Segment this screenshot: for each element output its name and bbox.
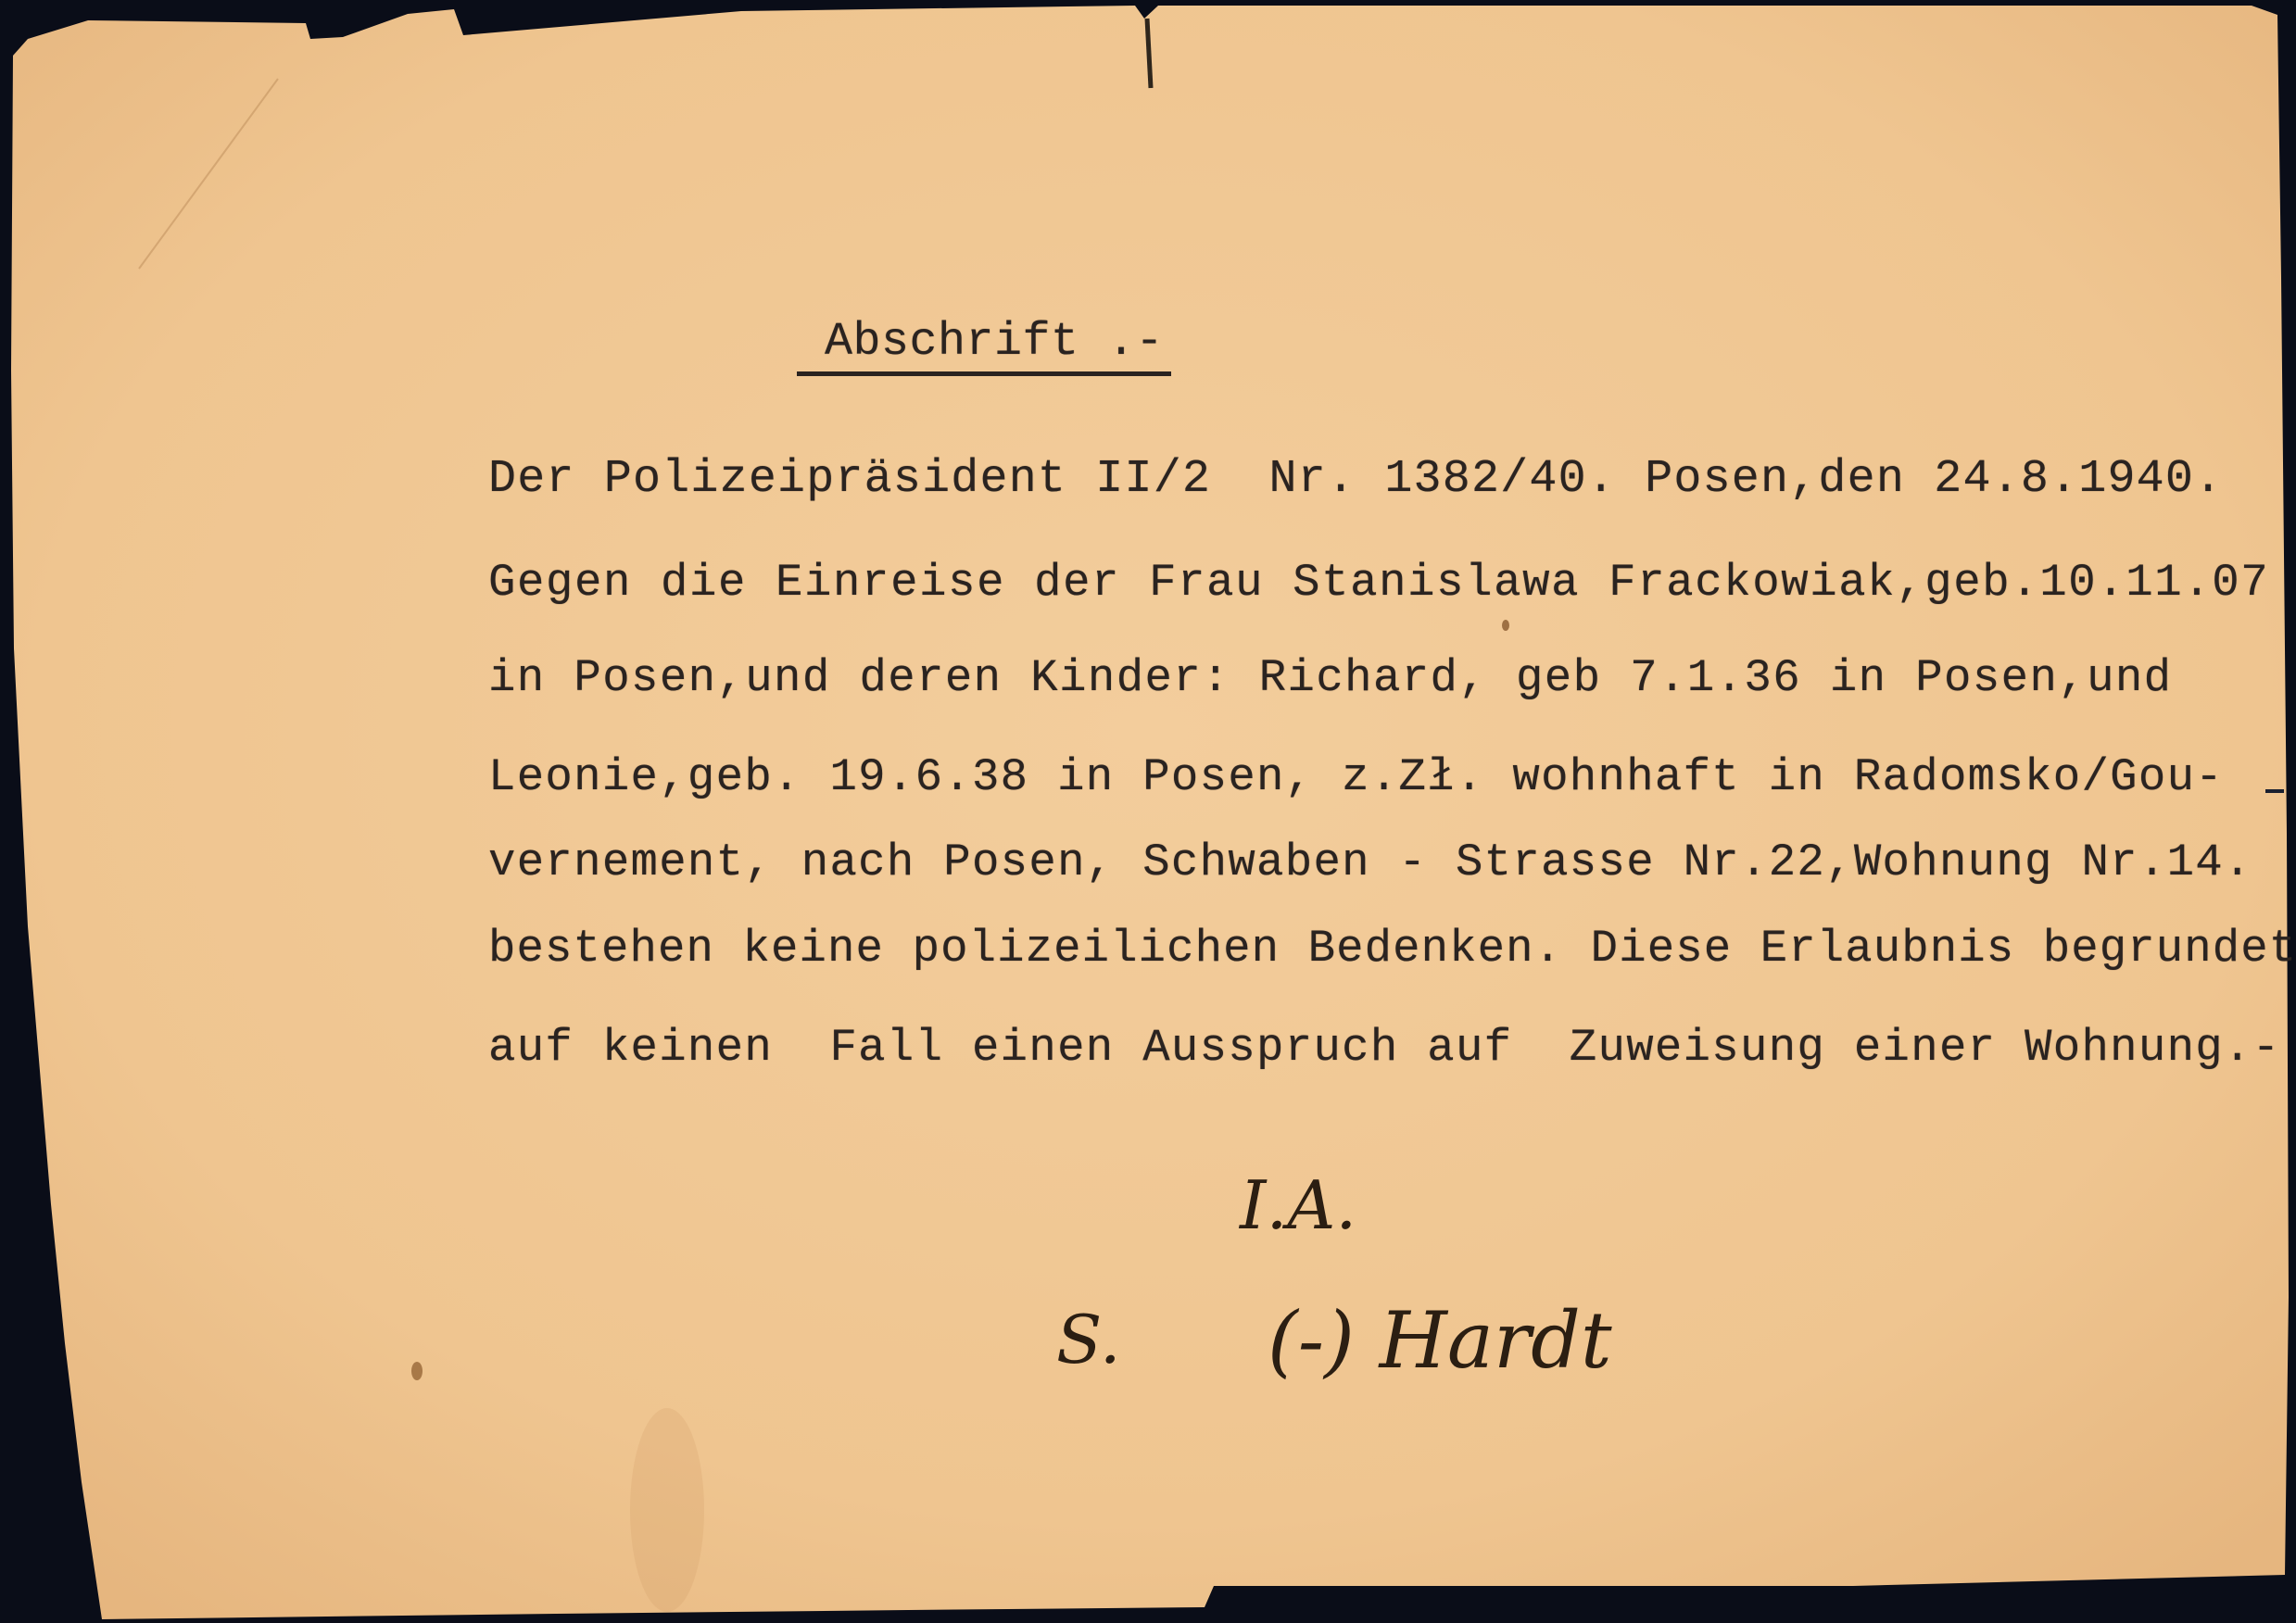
body-line-3: Leonie,geb. 19.6.38 in Posen, z.Zł. wohn… [488,755,2224,800]
document-title: Abschrift .- [797,320,1171,376]
body-line-1: Gegen die Einreise der Frau Stanislawa F… [488,560,2269,606]
body-line-6: auf keinen Fall einen Ausspruch auf Zuwe… [488,1025,2280,1071]
signature-name: (-) Hardt [1268,1302,1612,1379]
signature-ia: I.A. [1240,1172,1356,1239]
signature-seal-mark: S. [1056,1306,1121,1373]
document-paper [0,0,2296,1623]
body-line-5: bestehen keine polizeilichen Bedenken. D… [488,926,2296,972]
paper-sheet-shape [0,0,2296,1623]
header-line: Der Polizeipräsident II/2 Nr. 1382/40. P… [488,457,2223,503]
body-line-4: vernement, nach Posen, Schwaben - Strass… [488,840,2252,886]
body-line-2: in Posen,und deren Kinder: Richard, geb … [488,656,2172,701]
